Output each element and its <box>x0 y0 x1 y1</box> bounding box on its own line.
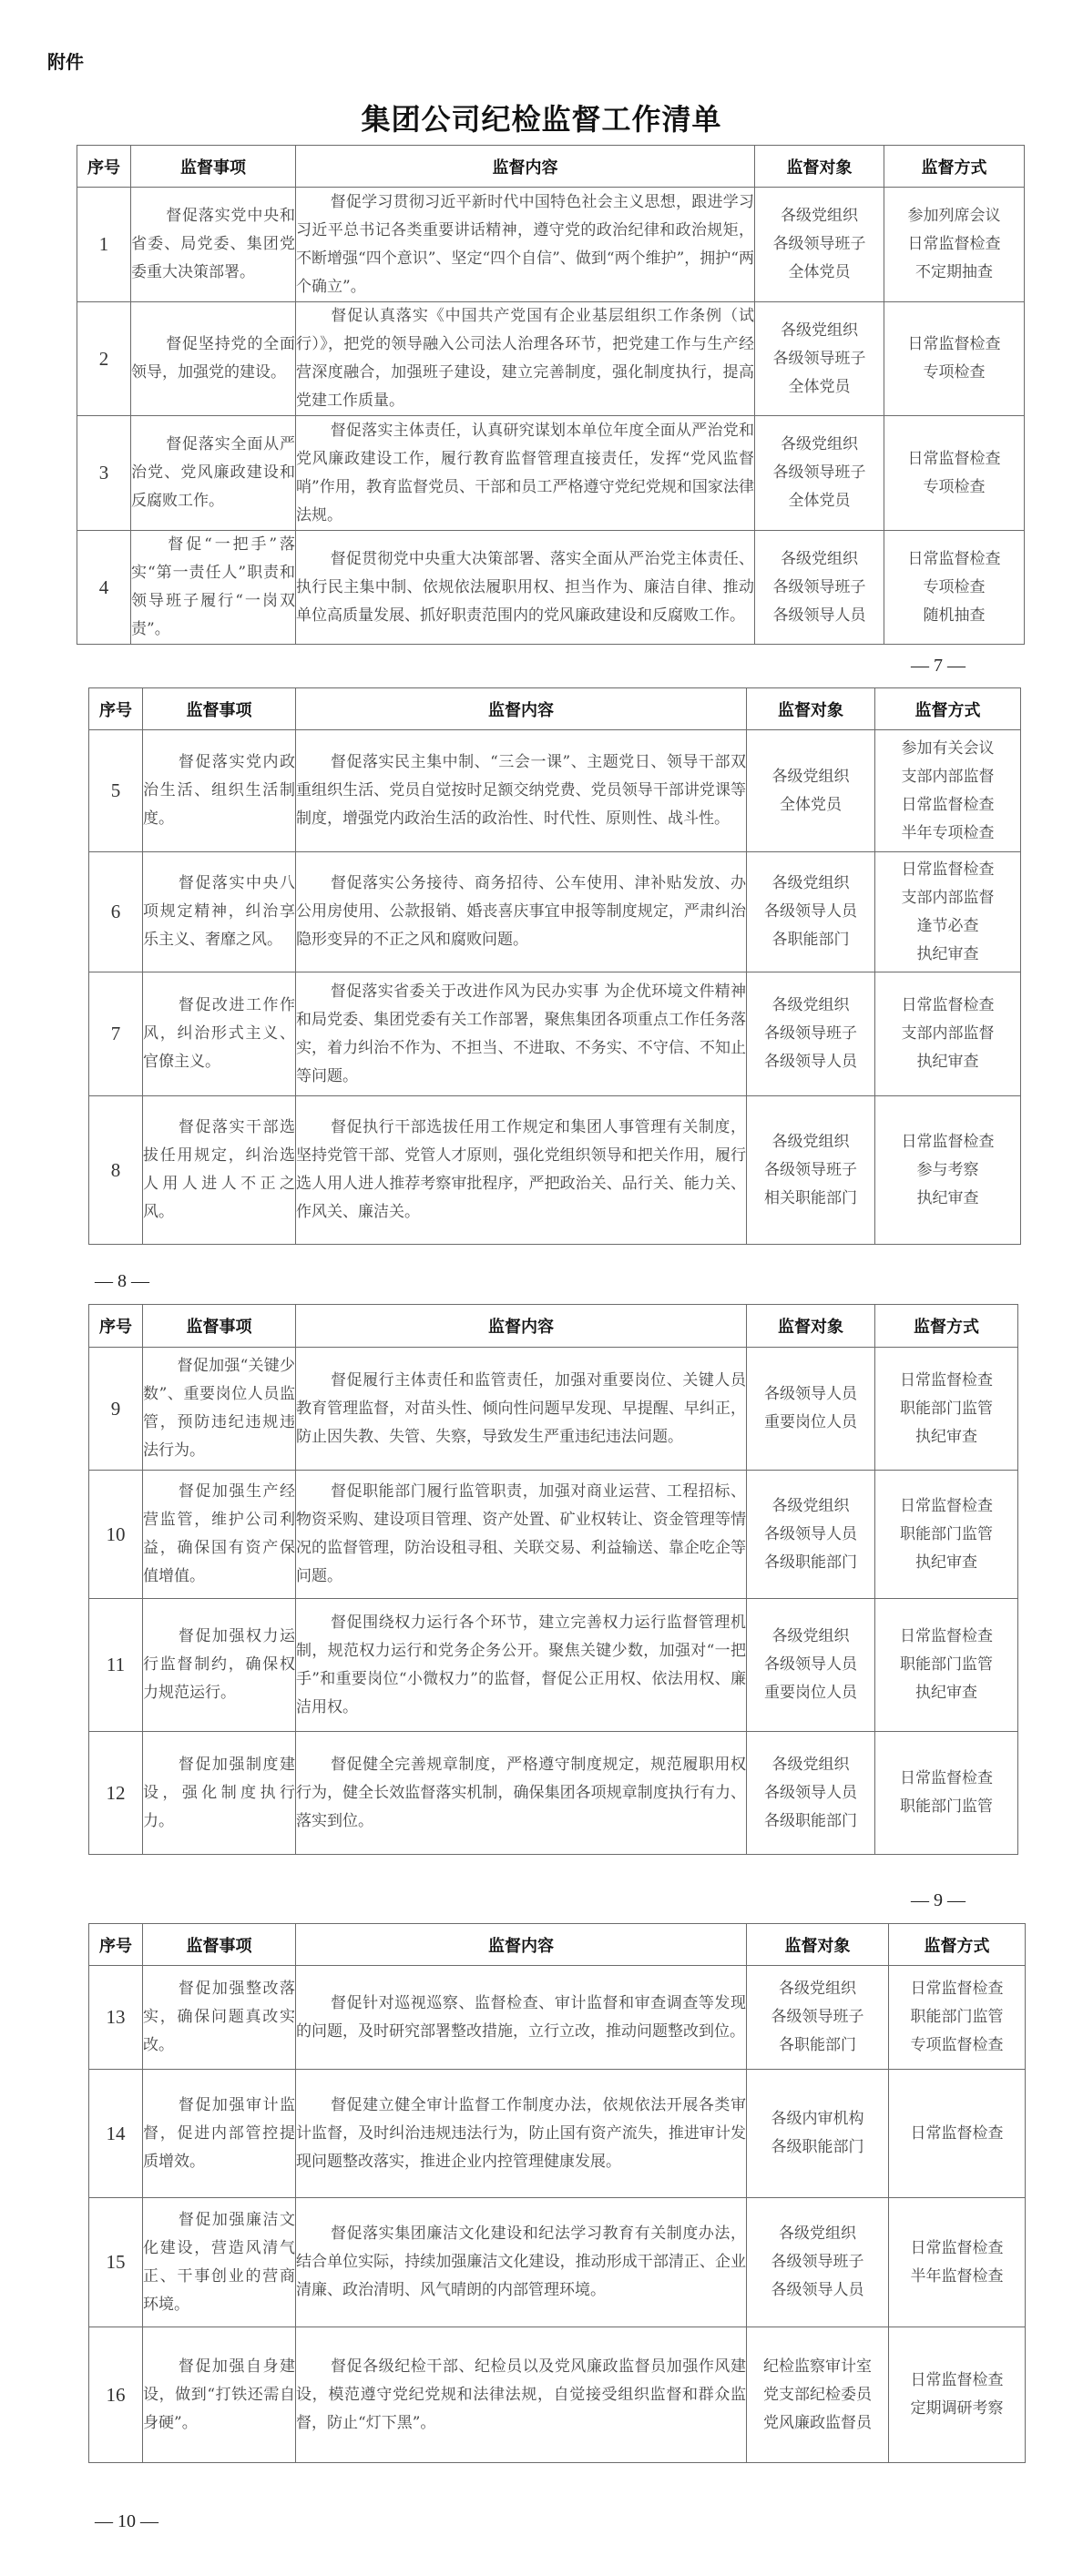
header-row: 序号监督事项监督内容监督对象监督方式 <box>77 146 1025 188</box>
content-text: 督促学习贯彻习近平新时代中国特色社会主义思想，跟进学习习近平总书记各类重要讲话精… <box>296 193 754 296</box>
method-line: 随机抽查 <box>884 602 1024 630</box>
supervision-method: 日常监督检查半年监督检查 <box>889 2198 1026 2327</box>
table-row: 11督促加强权力运行监督制约，确保权力规范运行。督促围绕权力运行各个环节，建立完… <box>89 1599 1018 1732</box>
header-content: 监督内容 <box>296 146 755 188</box>
table-row: 3督促落实全面从严治党、党风廉政建设和反腐败工作。督促落实主体责任，认真研究谋划… <box>77 416 1025 531</box>
method-line: 专项检查 <box>884 359 1024 387</box>
target-line: 各级党组织 <box>747 1751 874 1779</box>
row-number: 12 <box>89 1732 143 1855</box>
table-row: 14督促加强审计监督，促进内部管控提质增效。督促建立健全审计监督工作制度办法，依… <box>89 2070 1026 2198</box>
method-line: 执纪审查 <box>875 941 1020 969</box>
supervision-content: 督促职能部门履行监管职责，加强对商业运营、工程招标、物资采购、建设项目管理、资产… <box>296 1471 747 1599</box>
method-line: 日常监督检查 <box>884 445 1024 473</box>
header-target: 监督对象 <box>755 146 884 188</box>
item-text: 督促坚持党的全面领导，加强党的建设。 <box>131 335 295 382</box>
table-row: 12督促加强制度建设，强化制度执行力。督促健全完善规章制度，严格遵守制度规定，规… <box>89 1732 1018 1855</box>
header-target: 监督对象 <box>747 688 875 730</box>
header-content: 监督内容 <box>296 1305 747 1348</box>
header-content: 监督内容 <box>296 1924 747 1966</box>
target-line: 各级领导班子 <box>747 2003 888 2031</box>
content-text: 督促围绕权力运行各个环节，建立完善权力运行监督管理机制，规范权力运行和党务企务公… <box>296 1614 746 1716</box>
method-line: 日常监督检查 <box>875 1765 1017 1793</box>
method-line: 逢节必查 <box>875 912 1020 941</box>
method-line: 日常监督检查 <box>889 2367 1025 2395</box>
row-number: 5 <box>89 730 143 852</box>
target-line: 各级党组织 <box>747 870 874 898</box>
method-line: 参加列席会议 <box>884 202 1024 230</box>
item-text: 督促加强生产经营监管，维护公司利益，确保国有资产保值增值。 <box>143 1482 295 1585</box>
item-text: 督促加强制度建设，强化制度执行力。 <box>143 1756 295 1830</box>
supervision-target: 各级党组织各级领导人员各职能部门 <box>747 852 875 972</box>
method-line: 日常监督检查 <box>875 791 1020 820</box>
supervision-content: 督促落实省委关于改进作风为民办实事 为企优环境文件精神和局党委、集团党委有关工作… <box>296 972 747 1096</box>
method-line: 职能部门监管 <box>875 1651 1017 1679</box>
supervision-method: 日常监督检查职能部门监管专项监督检查 <box>889 1966 1026 2070</box>
target-line: 各级领导班子 <box>755 230 884 259</box>
supervision-method: 日常监督检查职能部门监管执纪审查 <box>875 1471 1018 1599</box>
header-item: 监督事项 <box>143 688 296 730</box>
target-line: 重要岗位人员 <box>747 1409 874 1437</box>
target-line: 各级领导人员 <box>747 1380 874 1409</box>
supervision-method: 日常监督检查 <box>889 2070 1026 2198</box>
method-line: 参与考察 <box>875 1156 1020 1185</box>
content-text: 督促执行干部选拔任用工作规定和集团人事管理有关制度，坚持党管干部、党管人才原则，… <box>296 1118 746 1221</box>
supervision-method: 日常监督检查专项检查 <box>884 416 1025 531</box>
header-method: 监督方式 <box>884 146 1025 188</box>
method-line: 日常监督检查 <box>875 856 1020 884</box>
method-line: 日常监督检查 <box>875 1128 1020 1156</box>
row-number: 2 <box>77 302 131 416</box>
header-item: 监督事项 <box>143 1305 296 1348</box>
method-line: 执纪审查 <box>875 1185 1020 1213</box>
supervision-item: 督促加强廉洁文化建设，营造风清气正、干事创业的营商环境。 <box>143 2198 296 2327</box>
row-number: 8 <box>89 1096 143 1245</box>
content-text: 督促职能部门履行监管职责，加强对商业运营、工程招标、物资采购、建设项目管理、资产… <box>296 1482 746 1585</box>
supervision-target: 各级党组织各级领导班子全体党员 <box>755 188 884 302</box>
table-row: 2督促坚持党的全面领导，加强党的建设。督促认真落实《中国共产党国有企业基层组织工… <box>77 302 1025 416</box>
method-line: 定期调研考察 <box>889 2395 1025 2423</box>
target-line: 纪检监察审计室 <box>747 2353 888 2381</box>
target-line: 各级职能部门 <box>747 1807 874 1836</box>
content-text: 督促履行主体责任和监管责任，加强对重要岗位、关键人员教育管理监督，对苗头性、倾向… <box>296 1371 746 1446</box>
supervision-content: 督促认真落实《中国共产党国有企业基层组织工作条例（试行）》，把党的领导融入公司法… <box>296 302 755 416</box>
row-number: 10 <box>89 1471 143 1599</box>
table-row: 10督促加强生产经营监管，维护公司利益，确保国有资产保值增值。督促职能部门履行监… <box>89 1471 1018 1599</box>
row-number: 15 <box>89 2198 143 2327</box>
target-line: 各级职能部门 <box>747 2133 888 2162</box>
supervision-method: 日常监督检查职能部门监管 <box>875 1732 1018 1855</box>
row-number: 16 <box>89 2327 143 2463</box>
row-number: 9 <box>89 1348 143 1471</box>
supervision-content: 督促各级纪检干部、纪检员以及党风廉政监督员加强作风建设，模范遵守党纪党规和法律法… <box>296 2327 747 2463</box>
item-text: 督促落实党内政治生活、组织生活制度。 <box>143 753 295 828</box>
supervision-item: 督促落实党中央和省委、局党委、集团党委重大决策部署。 <box>131 188 296 302</box>
target-line: 党风廉政监督员 <box>747 2409 888 2438</box>
document-title: 集团公司纪检监督工作清单 <box>0 97 1083 138</box>
item-text: 督促落实党中央和省委、局党委、集团党委重大决策部署。 <box>131 207 295 281</box>
target-line: 各级领导人员 <box>747 1651 874 1679</box>
method-line: 支部内部监督 <box>875 1020 1020 1048</box>
table-row: 5督促落实党内政治生活、组织生活制度。督促落实民主集中制、“三会一课”、主题党日… <box>89 730 1021 852</box>
method-line: 执纪审查 <box>875 1549 1017 1577</box>
target-line: 各级领导班子 <box>747 1020 874 1048</box>
method-line: 专项检查 <box>884 473 1024 502</box>
target-line: 全体党员 <box>747 791 874 820</box>
table-row: 9督促加强“关键少数”、重要岗位人员监管，预防违纪违规违法行为。督促履行主体责任… <box>89 1348 1018 1471</box>
target-line: 各级领导人员 <box>747 2276 888 2305</box>
supervision-content: 督促落实公务接待、商务招待、公车使用、津补贴发放、办公用房使用、公款报销、婚丧喜… <box>296 852 747 972</box>
target-line: 各级党组织 <box>747 1975 888 2003</box>
supervision-target: 各级党组织各级领导班子各级领导人员 <box>747 972 875 1096</box>
item-text: 督促落实干部选拔任用规定，纠治选人用人进人不正之风。 <box>143 1118 295 1221</box>
supervision-method: 日常监督检查支部内部监督执纪审查 <box>875 972 1021 1096</box>
supervision-item: 督促加强“关键少数”、重要岗位人员监管，预防违纪违规违法行为。 <box>143 1348 296 1471</box>
method-line: 支部内部监督 <box>875 763 1020 791</box>
item-text: 督促加强廉洁文化建设，营造风清气正、干事创业的营商环境。 <box>143 2211 295 2314</box>
method-line: 专项监督检查 <box>889 2031 1025 2060</box>
target-line: 各级党组织 <box>747 1492 874 1521</box>
supervision-target: 各级党组织各级领导班子全体党员 <box>755 416 884 531</box>
supervision-target: 各级党组织各级领导人员重要岗位人员 <box>747 1599 875 1732</box>
supervision-item: 督促落实党内政治生活、组织生活制度。 <box>143 730 296 852</box>
supervision-content: 督促学习贯彻习近平新时代中国特色社会主义思想，跟进学习习近平总书记各类重要讲话精… <box>296 188 755 302</box>
supervision-target: 各级党组织各级领导人员各级职能部门 <box>747 1471 875 1599</box>
target-line: 相关职能部门 <box>747 1185 874 1213</box>
header-method: 监督方式 <box>875 688 1021 730</box>
supervision-target: 各级党组织各级领导班子各级领导人员 <box>755 531 884 645</box>
supervision-method: 日常监督检查定期调研考察 <box>889 2327 1026 2463</box>
method-line: 专项检查 <box>884 574 1024 602</box>
supervision-content: 督促执行干部选拔任用工作规定和集团人事管理有关制度，坚持党管干部、党管人才原则，… <box>296 1096 747 1245</box>
method-line: 日常监督检查 <box>875 1367 1017 1395</box>
target-line: 各级党组织 <box>747 2220 888 2248</box>
method-line: 执纪审查 <box>875 1423 1017 1451</box>
header-target: 监督对象 <box>747 1305 875 1348</box>
header-target: 监督对象 <box>747 1924 889 1966</box>
supervision-target: 纪检监察审计室党支部纪检委员党风廉政监督员 <box>747 2327 889 2463</box>
content-text: 督促落实省委关于改进作风为民办实事 为企优环境文件精神和局党委、集团党委有关工作… <box>296 983 746 1085</box>
supervision-content: 督促贯彻党中央重大决策部署、落实全面从严治党主体责任、执行民主集中制、依规依法履… <box>296 531 755 645</box>
table-row: 6督促落实中央八项规定精神，纠治享乐主义、奢靡之风。督促落实公务接待、商务招待、… <box>89 852 1021 972</box>
item-text: 督促落实中央八项规定精神，纠治享乐主义、奢靡之风。 <box>143 874 295 949</box>
supervision-table-page-4: 序号监督事项监督内容监督对象监督方式13督促加强整改落实，确保问题真改实改。督促… <box>88 1923 1026 2463</box>
header-seq: 序号 <box>89 1305 143 1348</box>
item-text: 督促“一把手”落实“第一责任人”职责和领导班子履行“一岗双责”。 <box>131 535 295 638</box>
row-number: 11 <box>89 1599 143 1732</box>
header-row: 序号监督事项监督内容监督对象监督方式 <box>89 688 1021 730</box>
supervision-method: 日常监督检查专项检查 <box>884 302 1025 416</box>
item-text: 督促加强审计监督，促进内部管控提质增效。 <box>143 2096 295 2171</box>
supervision-content: 督促履行主体责任和监管责任，加强对重要岗位、关键人员教育管理监督，对苗头性、倾向… <box>296 1348 747 1471</box>
supervision-item: 督促改进工作作风，纠治形式主义、官僚主义。 <box>143 972 296 1096</box>
table-row: 4督促“一把手”落实“第一责任人”职责和领导班子履行“一岗双责”。督促贯彻党中央… <box>77 531 1025 645</box>
supervision-item: 督促加强制度建设，强化制度执行力。 <box>143 1732 296 1855</box>
content-text: 督促贯彻党中央重大决策部署、落实全面从严治党主体责任、执行民主集中制、依规依法履… <box>296 550 754 625</box>
target-line: 各级领导班子 <box>755 345 884 373</box>
header-method: 监督方式 <box>875 1305 1018 1348</box>
method-line: 半年监督检查 <box>889 2263 1025 2291</box>
content-text: 督促落实民主集中制、“三会一课”、主题党日、领导干部双重组织生活、党员自觉按时足… <box>296 753 746 828</box>
supervision-target: 各级党组织各级领导班子各级领导人员 <box>747 2198 889 2327</box>
target-line: 全体党员 <box>755 487 884 515</box>
supervision-item: 督促落实全面从严治党、党风廉政建设和反腐败工作。 <box>131 416 296 531</box>
target-line: 各职能部门 <box>747 926 874 954</box>
supervision-table-page-1: 序号监督事项监督内容监督对象监督方式1督促落实党中央和省委、局党委、集团党委重大… <box>77 145 1025 645</box>
target-line: 各级领导班子 <box>747 2248 888 2276</box>
target-line: 各级党组织 <box>747 1623 874 1651</box>
supervision-item: 督促加强审计监督，促进内部管控提质增效。 <box>143 2070 296 2198</box>
method-line: 日常监督检查 <box>875 992 1020 1020</box>
attachment-label: 附件 <box>47 47 84 74</box>
header-seq: 序号 <box>89 688 143 730</box>
target-line: 各级领导人员 <box>747 1779 874 1807</box>
target-line: 各级领导班子 <box>747 1156 874 1185</box>
header-content: 监督内容 <box>296 688 747 730</box>
method-line: 支部内部监督 <box>875 884 1020 912</box>
row-number: 3 <box>77 416 131 531</box>
supervision-item: 督促坚持党的全面领导，加强党的建设。 <box>131 302 296 416</box>
method-line: 执纪审查 <box>875 1048 1020 1076</box>
supervision-item: 督促“一把手”落实“第一责任人”职责和领导班子履行“一岗双责”。 <box>131 531 296 645</box>
row-number: 4 <box>77 531 131 645</box>
target-line: 各级领导人员 <box>755 602 884 630</box>
header-seq: 序号 <box>89 1924 143 1966</box>
method-line: 职能部门监管 <box>875 1521 1017 1549</box>
target-line: 各职能部门 <box>747 2031 888 2060</box>
supervision-content: 督促落实民主集中制、“三会一课”、主题党日、领导干部双重组织生活、党员自觉按时足… <box>296 730 747 852</box>
content-text: 督促落实主体责任，认真研究谋划本单位年度全面从严治党和党风廉政建设工作，履行教育… <box>296 422 754 524</box>
item-text: 督促加强“关键少数”、重要岗位人员监管，预防违纪违规违法行为。 <box>143 1357 295 1460</box>
target-line: 重要岗位人员 <box>747 1679 874 1707</box>
header-row: 序号监督事项监督内容监督对象监督方式 <box>89 1924 1026 1966</box>
row-number: 14 <box>89 2070 143 2198</box>
header-seq: 序号 <box>77 146 131 188</box>
supervision-item: 督促落实中央八项规定精神，纠治享乐主义、奢靡之风。 <box>143 852 296 972</box>
supervision-content: 督促落实集团廉洁文化建设和纪法学习教育有关制度办法，结合单位实际，持续加强廉洁文… <box>296 2198 747 2327</box>
supervision-method: 日常监督检查支部内部监督逢节必查执纪审查 <box>875 852 1021 972</box>
table-row: 1督促落实党中央和省委、局党委、集团党委重大决策部署。督促学习贯彻习近平新时代中… <box>77 188 1025 302</box>
table-row: 8督促落实干部选拔任用规定，纠治选人用人进人不正之风。督促执行干部选拔任用工作规… <box>89 1096 1021 1245</box>
target-line: 各级职能部门 <box>747 1549 874 1577</box>
row-number: 1 <box>77 188 131 302</box>
header-method: 监督方式 <box>889 1924 1026 1966</box>
item-text: 督促改进工作作风，纠治形式主义、官僚主义。 <box>143 996 295 1071</box>
target-line: 各级内审机构 <box>747 2105 888 2133</box>
method-line: 不定期抽查 <box>884 259 1024 287</box>
target-line: 各级党组织 <box>755 545 884 574</box>
row-number: 7 <box>89 972 143 1096</box>
method-line: 日常监督检查 <box>884 545 1024 574</box>
target-line: 各级领导班子 <box>755 459 884 487</box>
target-line: 各级领导人员 <box>747 898 874 926</box>
method-line: 日常监督检查 <box>875 1623 1017 1651</box>
method-line: 日常监督检查 <box>884 331 1024 359</box>
supervision-item: 督促加强自身建设，做到“打铁还需自身硬”。 <box>143 2327 296 2463</box>
header-row: 序号监督事项监督内容监督对象监督方式 <box>89 1305 1018 1348</box>
page-number-7: — 7 — <box>911 656 966 677</box>
supervision-method: 参加有关会议支部内部监督日常监督检查半年专项检查 <box>875 730 1021 852</box>
supervision-target: 各级领导人员重要岗位人员 <box>747 1348 875 1471</box>
header-item: 监督事项 <box>143 1924 296 1966</box>
table-row: 7督促改进工作作风，纠治形式主义、官僚主义。督促落实省委关于改进作风为民办实事 … <box>89 972 1021 1096</box>
content-text: 督促落实公务接待、商务招待、公车使用、津补贴发放、办公用房使用、公款报销、婚丧喜… <box>296 874 746 949</box>
row-number: 6 <box>89 852 143 972</box>
supervision-content: 督促围绕权力运行各个环节，建立完善权力运行监督管理机制，规范权力运行和党务企务公… <box>296 1599 747 1732</box>
supervision-item: 督促加强整改落实，确保问题真改实改。 <box>143 1966 296 2070</box>
content-text: 督促针对巡视巡察、监督检查、审计监督和审查调查等发现的问题，及时研究部署整改措施… <box>296 1994 746 2041</box>
supervision-method: 日常监督检查职能部门监管执纪审查 <box>875 1348 1018 1471</box>
supervision-target: 各级内审机构各级职能部门 <box>747 2070 889 2198</box>
target-line: 各级领导人员 <box>747 1048 874 1076</box>
page-number-10: — 10 — <box>95 2511 158 2532</box>
supervision-target: 各级党组织全体党员 <box>747 730 875 852</box>
supervision-method: 日常监督检查参与考察执纪审查 <box>875 1096 1021 1245</box>
content-text: 督促认真落实《中国共产党国有企业基层组织工作条例（试行）》，把党的领导融入公司法… <box>296 307 754 410</box>
table-row: 13督促加强整改落实，确保问题真改实改。督促针对巡视巡察、监督检查、审计监督和审… <box>89 1966 1026 2070</box>
supervision-content: 督促落实主体责任，认真研究谋划本单位年度全面从严治党和党风廉政建设工作，履行教育… <box>296 416 755 531</box>
supervision-item: 督促加强生产经营监管，维护公司利益，确保国有资产保值增值。 <box>143 1471 296 1599</box>
supervision-item: 督促加强权力运行监督制约，确保权力规范运行。 <box>143 1599 296 1732</box>
method-line: 职能部门监管 <box>889 2003 1025 2031</box>
content-text: 督促各级纪检干部、纪检员以及党风廉政监督员加强作风建设，模范遵守党纪党规和法律法… <box>296 2357 746 2432</box>
table-row: 16督促加强自身建设，做到“打铁还需自身硬”。督促各级纪检干部、纪检员以及党风廉… <box>89 2327 1026 2463</box>
method-line: 日常监督检查 <box>889 2235 1025 2263</box>
method-line: 半年专项检查 <box>875 820 1020 848</box>
supervision-content: 督促建立健全审计监督工作制度办法，依规依法开展各类审计监督，及时纠治违规违法行为… <box>296 2070 747 2198</box>
target-line: 各级党组织 <box>755 431 884 459</box>
content-text: 督促落实集团廉洁文化建设和纪法学习教育有关制度办法，结合单位实际，持续加强廉洁文… <box>296 2225 746 2299</box>
supervision-target: 各级党组织各级领导班子各职能部门 <box>747 1966 889 2070</box>
supervision-target: 各级党组织各级领导班子全体党员 <box>755 302 884 416</box>
target-line: 各级党组织 <box>747 1128 874 1156</box>
supervision-table-page-2: 序号监督事项监督内容监督对象监督方式5督促落实党内政治生活、组织生活制度。督促落… <box>88 687 1021 1245</box>
supervision-method: 参加列席会议日常监督检查不定期抽查 <box>884 188 1025 302</box>
target-line: 各级党组织 <box>747 992 874 1020</box>
supervision-target: 各级党组织各级领导人员各级职能部门 <box>747 1732 875 1855</box>
page-number-9: — 9 — <box>911 1890 966 1911</box>
method-line: 参加有关会议 <box>875 735 1020 763</box>
target-line: 全体党员 <box>755 259 884 287</box>
supervision-table-page-3: 序号监督事项监督内容监督对象监督方式9督促加强“关键少数”、重要岗位人员监管，预… <box>88 1304 1018 1855</box>
method-line: 日常监督检查 <box>884 230 1024 259</box>
content-text: 督促建立健全审计监督工作制度办法，依规依法开展各类审计监督，及时纠治违规违法行为… <box>296 2096 746 2171</box>
supervision-method: 日常监督检查职能部门监管执纪审查 <box>875 1599 1018 1732</box>
target-line: 各级党组织 <box>755 317 884 345</box>
method-line: 职能部门监管 <box>875 1793 1017 1821</box>
supervision-content: 督促健全完善规章制度，严格遵守制度规定，规范履职用权行为，健全长效监督落实机制，… <box>296 1732 747 1855</box>
content-text: 督促健全完善规章制度，严格遵守制度规定，规范履职用权行为，健全长效监督落实机制，… <box>296 1756 746 1830</box>
method-line: 日常监督检查 <box>875 1492 1017 1521</box>
method-line: 日常监督检查 <box>889 2120 1025 2148</box>
method-line: 执纪审查 <box>875 1679 1017 1707</box>
row-number: 13 <box>89 1966 143 2070</box>
page-number-8: — 8 — <box>95 1271 149 1292</box>
supervision-item: 督促落实干部选拔任用规定，纠治选人用人进人不正之风。 <box>143 1096 296 1245</box>
method-line: 职能部门监管 <box>875 1395 1017 1423</box>
supervision-content: 督促针对巡视巡察、监督检查、审计监督和审查调查等发现的问题，及时研究部署整改措施… <box>296 1966 747 2070</box>
header-item: 监督事项 <box>131 146 296 188</box>
target-line: 各级党组织 <box>755 202 884 230</box>
item-text: 督促加强权力运行监督制约，确保权力规范运行。 <box>143 1627 295 1702</box>
target-line: 各级领导人员 <box>747 1521 874 1549</box>
item-text: 督促加强整改落实，确保问题真改实改。 <box>143 1980 295 2054</box>
target-line: 全体党员 <box>755 373 884 402</box>
item-text: 督促落实全面从严治党、党风廉政建设和反腐败工作。 <box>131 435 295 510</box>
method-line: 日常监督检查 <box>889 1975 1025 2003</box>
item-text: 督促加强自身建设，做到“打铁还需自身硬”。 <box>143 2357 295 2432</box>
supervision-target: 各级党组织各级领导班子相关职能部门 <box>747 1096 875 1245</box>
supervision-method: 日常监督检查专项检查随机抽查 <box>884 531 1025 645</box>
target-line: 各级领导班子 <box>755 574 884 602</box>
target-line: 党支部纪检委员 <box>747 2381 888 2409</box>
target-line: 各级党组织 <box>747 763 874 791</box>
table-row: 15督促加强廉洁文化建设，营造风清气正、干事创业的营商环境。督促落实集团廉洁文化… <box>89 2198 1026 2327</box>
